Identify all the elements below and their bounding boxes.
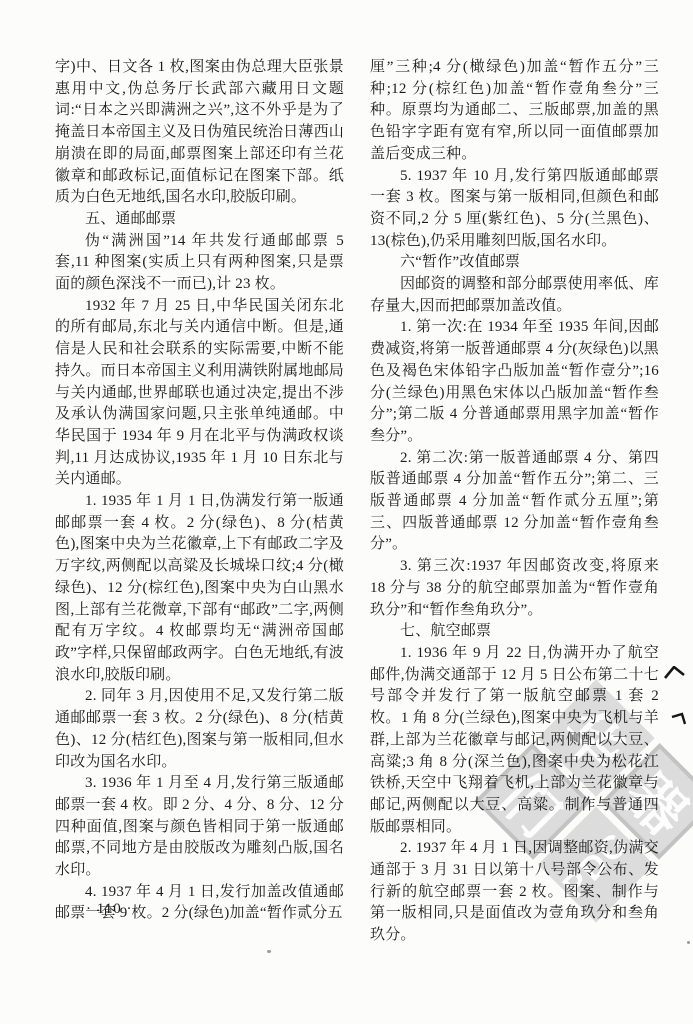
paragraph: 伪“满洲国”14 年共发行通邮邮票 5 套,11 种图案(实质上只有两种图案,只… (55, 231, 344, 296)
text-columns: 字)中、日文各 1 枚,图案由伪总理大臣张景惠用中文,伪总务厅长武部六藏用日文题… (55, 57, 659, 947)
scan-artifact-caret (664, 666, 686, 680)
paragraph: 2. 第二次:第一版普通邮票 4 分、第四版普通邮票 4 分加盖“暂作五分”;第… (370, 448, 659, 557)
paragraph: 因邮资的调整和部分邮票使用率低、库存量大,因而把邮票加盖改值。 (370, 274, 659, 317)
paragraph: 1. 1936 年 9 月 22 日,伪满开办了航空邮件,伪满交通部于 12 月… (370, 643, 659, 838)
paragraph: 字)中、日文各 1 枚,图案由伪总理大臣张景惠用中文,伪总务厅长武部六藏用日文题… (55, 57, 344, 209)
paragraph: 2. 1937 年 4 月 1 日,因调整邮资,伪满交通部于 3 月 31 日以… (370, 838, 659, 947)
paragraph: 2. 同年 3 月,因使用不足,又发行第二版通邮邮票一套 3 枚。2 分(绿色)… (55, 686, 344, 773)
paragraph: 1. 1935 年 1 月 1 日,伪满发行第一版通邮邮票一套 4 枚。2 分(… (55, 491, 344, 686)
paragraph: 5. 1937 年 10 月,发行第四版通邮邮票一套 3 枚。图案与第一版相同,… (370, 166, 659, 253)
page-number: · 110 · (86, 901, 132, 918)
paragraph: 3. 1936 年 1 月至 4 月,发行第三版通邮邮票一套 4 枚。即 2 分… (55, 773, 344, 882)
paragraph: 3. 第三次:1937 年因邮资改变,将原来 18 分与 38 分的航空邮票加盖… (370, 556, 659, 621)
scan-artifact-hook (671, 712, 689, 726)
book-page: 华 器 们 PDG 字)中、日文各 1 枚,图案由伪总理大臣张景惠用中文,伪总务… (0, 0, 693, 1024)
right-column: 厘”三种;4 分(橄绿色)加盖“暂作五分”三种;12 分(棕红色)加盖“暂作壹角… (370, 57, 659, 947)
scan-speck (267, 950, 271, 953)
paragraph: 厘”三种;4 分(橄绿色)加盖“暂作五分”三种;12 分(棕红色)加盖“暂作壹角… (370, 57, 659, 166)
left-column: 字)中、日文各 1 枚,图案由伪总理大臣张景惠用中文,伪总务厅长武部六藏用日文题… (55, 57, 344, 947)
paragraph: 七、航空邮票 (370, 621, 659, 643)
scan-speck (687, 941, 690, 944)
paragraph: 1. 第一次:在 1934 年至 1935 年间,因邮费减资,将第一版普通邮票 … (370, 317, 659, 447)
paragraph: 六“暂作”改值邮票 (370, 252, 659, 274)
paragraph: 1932 年 7 月 25 日,中华民国关闭东北的所有邮局,东北与关内通信中断。… (55, 296, 344, 491)
paragraph: 五、通邮邮票 (55, 209, 344, 231)
